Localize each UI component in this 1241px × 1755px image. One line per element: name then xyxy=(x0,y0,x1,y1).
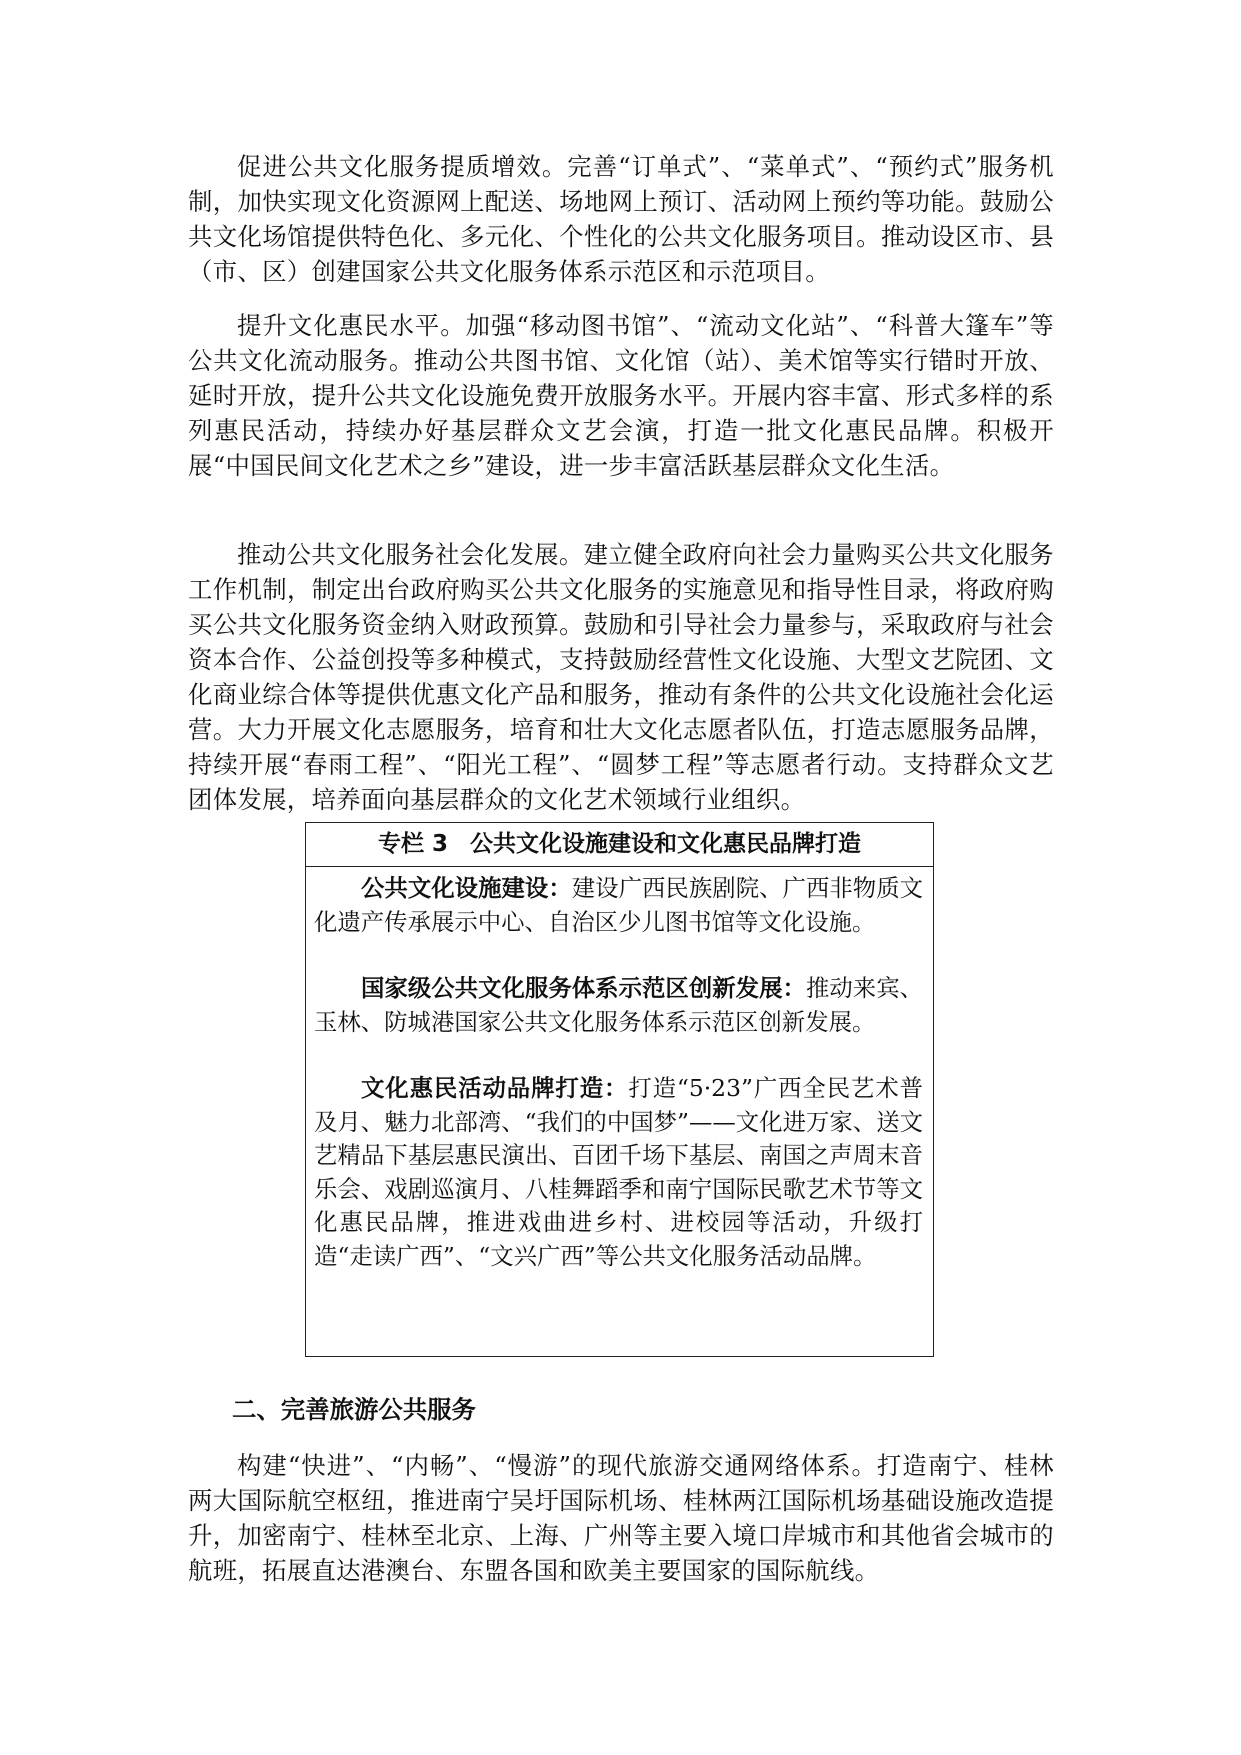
feature-item-label: 国家级公共文化服务体系示范区创新发展： xyxy=(361,974,806,1002)
section-heading: 二、完善旅游公共服务 xyxy=(232,1392,476,1427)
feature-box-body: 公共文化设施建设：建设广西民族剧院、广西非物质文化遗产传承展示中心、自治区少儿图… xyxy=(306,867,933,1273)
feature-box-title: 公共文化设施建设和文化惠民品牌打造 xyxy=(470,831,861,857)
paragraph-socialized-development: 推动公共文化服务社会化发展。建立健全政府向社会力量购买公共文化服务工作机制，制定… xyxy=(188,537,1054,817)
document-page: 促进公共文化服务提质增效。完善“订单式”、“菜单式”、“预约式”服务机制，加快实… xyxy=(0,0,1241,1755)
feature-box-column-3: 专栏 3公共文化设施建设和文化惠民品牌打造 公共文化设施建设：建设广西民族剧院、… xyxy=(305,822,934,1357)
feature-item-text: 打造“5·23”广西全民艺术普及月、魅力北部湾、“我们的中国梦”——文化进万家、… xyxy=(314,1074,923,1270)
feature-item-label: 文化惠民活动品牌打造： xyxy=(361,1074,628,1102)
paragraph-culture-benefit-level: 提升文化惠民水平。加强“移动图书馆”、“流动文化站”、“科普大篷车”等公共文化流… xyxy=(188,308,1054,483)
feature-item-label: 公共文化设施建设： xyxy=(361,874,572,902)
feature-box-header: 专栏 3公共文化设施建设和文化惠民品牌打造 xyxy=(306,823,933,867)
feature-box-item: 国家级公共文化服务体系示范区创新发展：推动来宾、玉林、防城港国家公共文化服务体系… xyxy=(314,972,923,1039)
paragraph-public-culture-quality: 促进公共文化服务提质增效。完善“订单式”、“菜单式”、“预约式”服务机制，加快实… xyxy=(188,149,1054,289)
feature-box-number: 专栏 3 xyxy=(378,831,448,857)
paragraph-tourism-transport: 构建“快进”、“内畅”、“慢游”的现代旅游交通网络体系。打造南宁、桂林两大国际航… xyxy=(188,1448,1054,1588)
feature-box-item: 公共文化设施建设：建设广西民族剧院、广西非物质文化遗产传承展示中心、自治区少儿图… xyxy=(314,872,923,939)
feature-box-item: 文化惠民活动品牌打造：打造“5·23”广西全民艺术普及月、魅力北部湾、“我们的中… xyxy=(314,1072,923,1273)
